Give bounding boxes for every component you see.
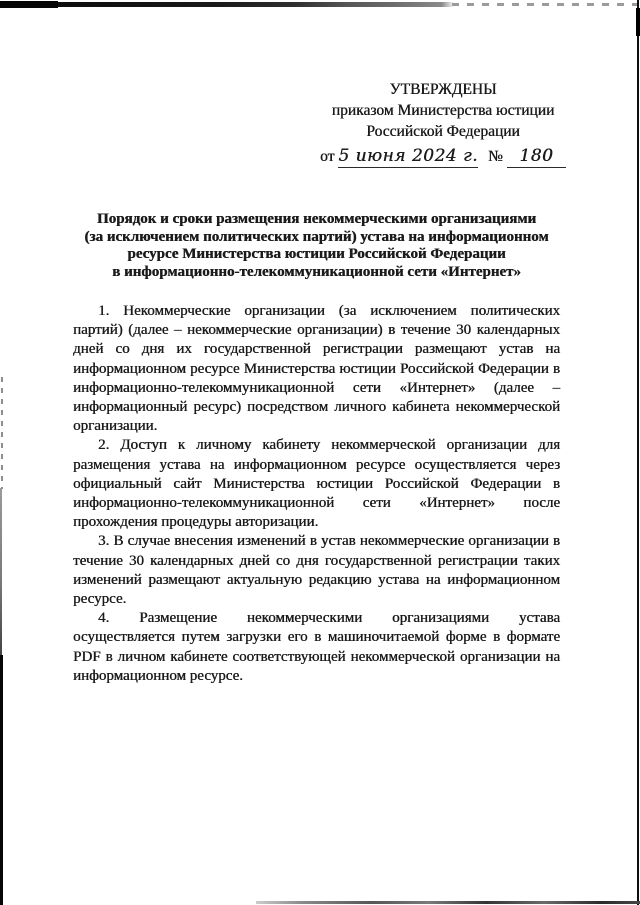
handwritten-number: 180 [519, 146, 553, 166]
scanned-document-page: УТВЕРЖДЕНЫ приказом Министерства юстиции… [0, 0, 640, 905]
scan-edge-right-blob [636, 8, 640, 36]
scan-edge-top-dashes [452, 3, 640, 6]
approval-line-3: Российской Федерации [320, 121, 566, 142]
approval-date-number-row: от 5 июня 2024 г. № 180 [320, 146, 566, 168]
scan-edge-bottom [256, 901, 640, 904]
scan-edge-top-blob [0, 1, 58, 8]
date-prefix-label: от [320, 146, 334, 167]
paragraph-2: 2. Доступ к личному кабинету некоммерчес… [73, 436, 560, 532]
title-line-4: в информационно-телекоммуникационной сет… [73, 264, 560, 282]
scan-edge-right [637, 0, 639, 905]
paragraph-4: 4. Размещение некоммерческими организаци… [73, 609, 560, 686]
approval-block: УТВЕРЖДЕНЫ приказом Министерства юстиции… [320, 79, 566, 168]
number-underline: 180 [507, 146, 566, 168]
document-body: 1. Некоммерческие организации (за исключ… [73, 302, 560, 686]
approval-line-1: УТВЕРЖДЕНЫ [320, 79, 566, 100]
paragraph-3: 3. В случае внесения изменений в устав н… [73, 532, 560, 609]
document-title: Порядок и сроки размещения некоммерчески… [73, 211, 560, 281]
date-underline: 5 июня 2024 г. [338, 146, 478, 168]
title-line-1: Порядок и сроки размещения некоммерчески… [73, 211, 560, 229]
title-line-3: ресурсе Министерства юстиции Российской … [73, 246, 560, 264]
handwritten-date: 5 июня 2024 г. [338, 146, 478, 166]
scan-edge-left-dashes [1, 377, 3, 489]
scan-edge-left-bottom [0, 655, 3, 905]
number-sign-label: № [488, 146, 503, 167]
approval-line-2: приказом Министерства юстиции [320, 100, 566, 121]
paragraph-1: 1. Некоммерческие организации (за исключ… [73, 302, 560, 436]
title-line-2: (за исключением политических партий) уст… [73, 229, 560, 247]
